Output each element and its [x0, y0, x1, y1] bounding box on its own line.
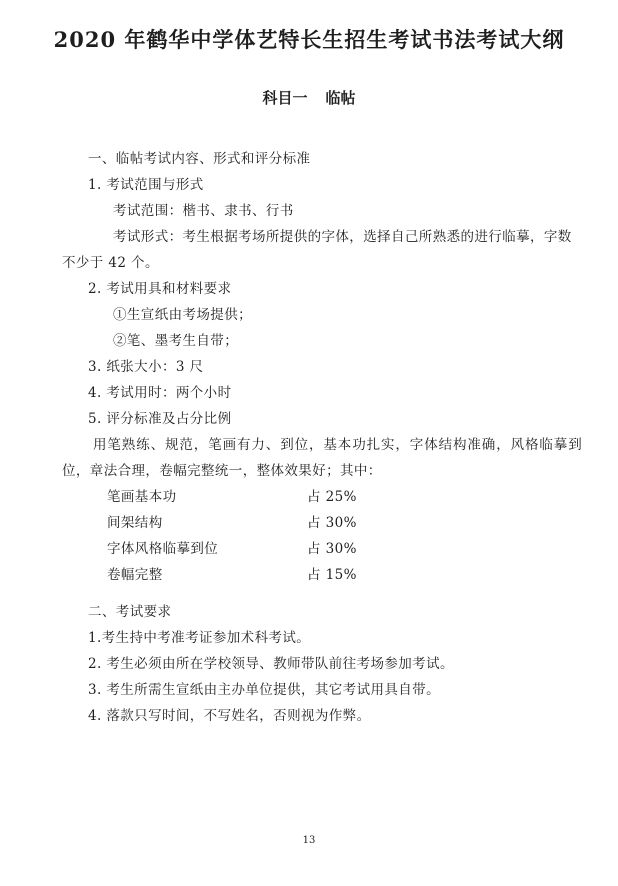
- section1-item-duration: 4. 考试用时：两个小时: [62, 380, 556, 406]
- document-page: 2020 年鹤华中学体艺特长生招生考试书法考试大纲 科目一临帖 一、临帖考试内容…: [0, 0, 618, 886]
- tool-item-paper: ①生宣纸由考场提供；: [62, 302, 556, 328]
- subject-name: 临帖: [326, 89, 356, 107]
- score-row-strokes: 笔画基本功 占 25%: [62, 484, 556, 510]
- tool-item-brush-ink: ②笔、墨考生自带；: [62, 328, 556, 354]
- document-title: 2020 年鹤华中学体艺特长生招生考试书法考试大纲: [0, 28, 618, 52]
- section2-item-ticket: 1.考生持中考准考证参加术科考试。: [62, 625, 556, 651]
- score-row-completeness: 卷幅完整 占 15%: [62, 562, 556, 588]
- score-value: 占 30%: [307, 510, 357, 536]
- score-label: 字体风格临摹到位: [107, 541, 218, 557]
- section1-item-scope-form: 1. 考试范围与形式: [62, 172, 556, 198]
- section1-item-paper-size: 3. 纸张大小：3 尺: [62, 354, 556, 380]
- subject-heading: 科目一临帖: [0, 90, 618, 106]
- score-label: 间架结构: [107, 515, 163, 531]
- score-label: 笔画基本功: [107, 489, 177, 505]
- score-row-structure: 间架结构 占 30%: [62, 510, 556, 536]
- section2-item-escort: 2. 考生必须由所在学校领导、教师带队前往考场参加考试。: [62, 651, 556, 677]
- section1-item-tools: 2. 考试用具和材料要求: [62, 276, 556, 302]
- score-row-style: 字体风格临摹到位 占 30%: [62, 536, 556, 562]
- criteria-line2: 位，章法合理，卷幅完整统一，整体效果好；其中：: [62, 458, 556, 484]
- exam-form-line1: 考试形式：考生根据考场所提供的字体，选择自己所熟悉的进行临摹，字数: [62, 224, 556, 250]
- document-body: 一、临帖考试内容、形式和评分标准 1. 考试范围与形式 考试范围：楷书、隶书、行…: [62, 146, 556, 729]
- score-value: 占 15%: [307, 562, 357, 588]
- criteria-line1: 用笔熟练、规范，笔画有力、到位，基本功扎实，字体结构准确，风格临摹到: [62, 432, 556, 458]
- subject-label: 科目一: [262, 89, 307, 107]
- score-value: 占 30%: [307, 536, 357, 562]
- page-number: 13: [0, 835, 618, 847]
- section2-heading: 二、考试要求: [62, 599, 556, 625]
- exam-form-line2: 不少于 42 个。: [62, 250, 556, 276]
- score-value: 占 25%: [307, 484, 357, 510]
- section1-heading: 一、临帖考试内容、形式和评分标准: [62, 146, 556, 172]
- section1-item-scoring: 5. 评分标准及占分比例: [62, 406, 556, 432]
- exam-scope-text: 考试范围：楷书、隶书、行书: [62, 198, 556, 224]
- section2-item-supplies: 3. 考生所需生宣纸由主办单位提供，其它考试用具自带。: [62, 677, 556, 703]
- score-label: 卷幅完整: [107, 567, 163, 583]
- section2-item-signature: 4. 落款只写时间，不写姓名，否则视为作弊。: [62, 703, 556, 729]
